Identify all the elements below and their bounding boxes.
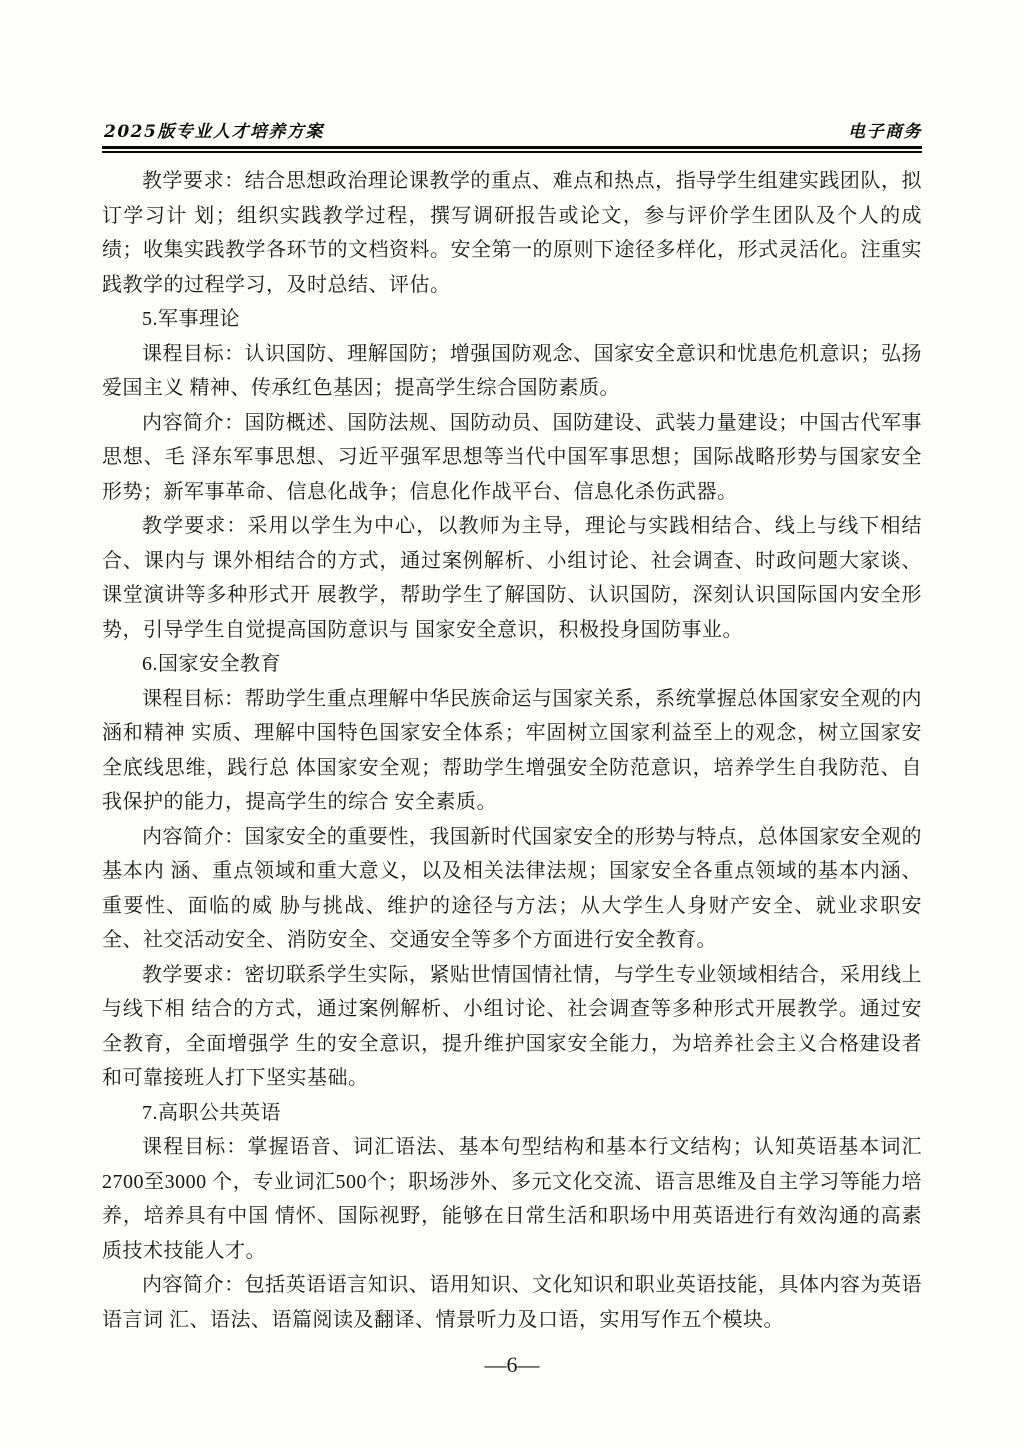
paragraph-english-content-intro: 内容简介：包括英语语言知识、语用知识、文化知识和职业英语技能，具体内容为英语语言…	[102, 1268, 922, 1337]
paragraph-ideology-teaching-requirements: 教学要求：结合思想政治理论课教学的重点、难点和热点，指导学生组建实践团队，拟订学…	[102, 164, 922, 302]
paragraph-security-course-objectives: 课程目标：帮助学生重点理解中华民族命运与国家关系，系统掌握总体国家安全观的内涵和…	[102, 682, 922, 820]
paragraph-military-content-intro: 内容简介：国防概述、国防法规、国防动员、国防建设、武装力量建设；中国古代军事思想…	[102, 406, 922, 510]
paragraph-security-teaching-requirements: 教学要求：密切联系学生实际，紧贴世情国情社情，与学生专业领域相结合，采用线上与线…	[102, 958, 922, 1096]
document-page: 2025版专业人才培养方案 电子商务 教学要求：结合思想政治理论课教学的重点、难…	[0, 0, 1024, 1448]
section-heading-military-theory: 5.军事理论	[102, 302, 922, 337]
paragraph-english-course-objectives: 课程目标：掌握语音、词汇语法、基本句型结构和基本行文结构；认知英语基本词汇270…	[102, 1130, 922, 1268]
page-footer: —6—	[0, 1352, 1024, 1378]
section-heading-national-security: 6.国家安全教育	[102, 647, 922, 682]
paragraph-military-teaching-requirements: 教学要求：采用以学生为中心，以教师为主导，理论与实践相结合、线上与线下相结合、课…	[102, 509, 922, 647]
page-header: 2025版专业人才培养方案 电子商务	[104, 116, 922, 142]
document-body: 教学要求：结合思想政治理论课教学的重点、难点和热点，指导学生组建实践团队，拟订学…	[102, 164, 922, 1337]
header-rule-thick-line	[102, 146, 922, 149]
header-rule	[102, 146, 922, 153]
header-rule-thin-line	[102, 151, 922, 153]
header-left-title: 2025版专业人才培养方案	[104, 117, 324, 142]
page-number: —6—	[485, 1352, 540, 1377]
header-right-title: 电子商务	[848, 117, 922, 142]
section-heading-public-english: 7.高职公共英语	[102, 1096, 922, 1131]
paragraph-military-course-objectives: 课程目标：认识国防、理解国防；增强国防观念、国家安全意识和忧患危机意识；弘扬爱国…	[102, 337, 922, 406]
paragraph-security-content-intro: 内容简介：国家安全的重要性，我国新时代国家安全的形势与特点，总体国家安全观的基本…	[102, 820, 922, 958]
